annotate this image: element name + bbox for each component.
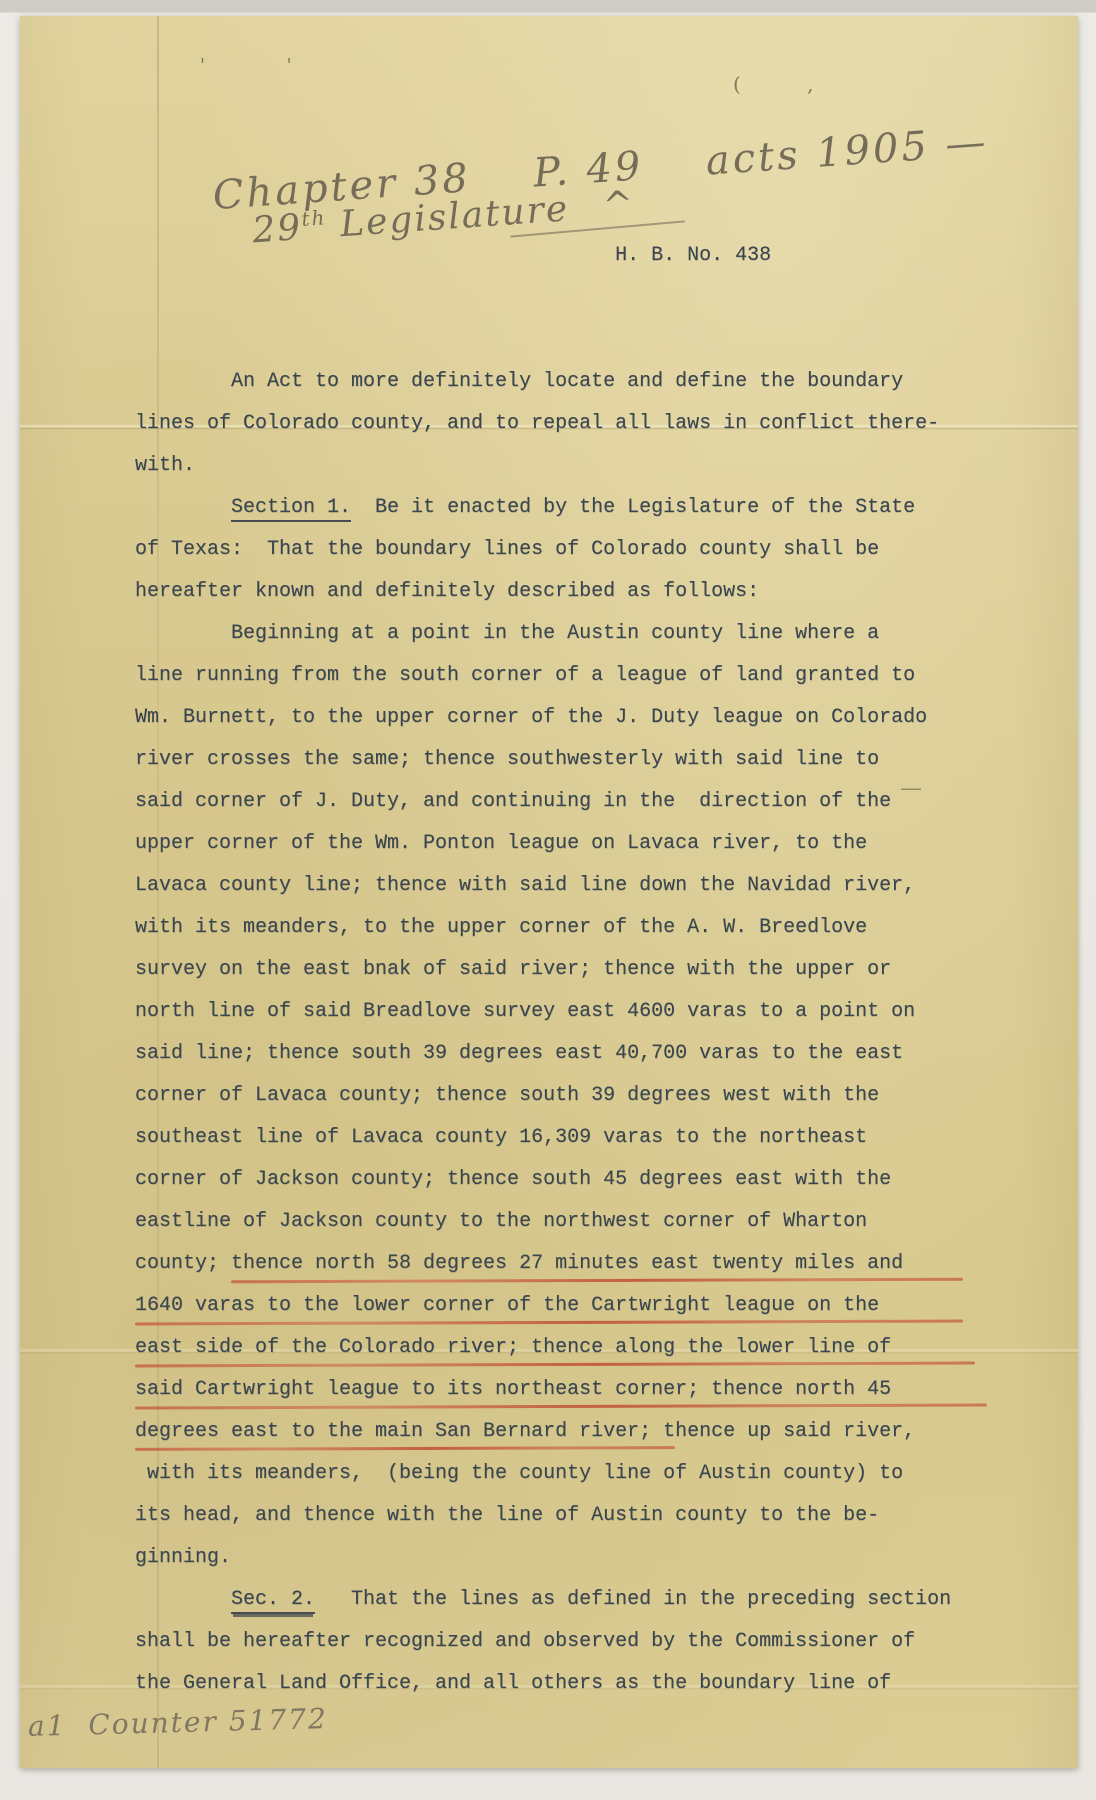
stray-pencil-marks-top-left: ' ' xyxy=(200,55,330,76)
caret-mark: ^ xyxy=(602,184,637,227)
typed-line: Lavaca county line; thence with said lin… xyxy=(135,865,951,907)
typed-line: corner of Lavaca county; thence south 39… xyxy=(135,1075,951,1117)
typed-line: river crosses the same; thence southwest… xyxy=(135,739,951,781)
typed-line: ginning. xyxy=(135,1537,951,1579)
typed-line: survey on the east bnak of said river; t… xyxy=(135,949,951,991)
typed-line: eastline of Jackson county to the northw… xyxy=(135,1201,951,1243)
typed-line: hereafter known and definitely described… xyxy=(135,571,951,613)
typed-line: of Texas: That the boundary lines of Col… xyxy=(135,529,951,571)
typed-line: east side of the Colorado river; thence … xyxy=(135,1327,951,1369)
red-underline-mark xyxy=(135,1362,975,1368)
ordinal-suffix: th xyxy=(301,206,327,231)
typed-line: said line; thence south 39 degrees east … xyxy=(135,1033,951,1075)
typed-line: with its meanders, (being the county lin… xyxy=(135,1453,951,1495)
typed-line: corner of Jackson county; thence south 4… xyxy=(135,1159,951,1201)
ink-underlined-text: Section 1. xyxy=(231,496,351,522)
typed-line: said Cartwright league to its northeast … xyxy=(135,1369,951,1411)
red-underline-mark xyxy=(135,1320,963,1326)
typed-text: H. B. No. 438 An Act to more definitely … xyxy=(135,235,951,1705)
typed-line: with. xyxy=(135,445,951,487)
typed-line xyxy=(135,277,951,319)
ink-underlined-text: Sec. 2. xyxy=(231,1588,315,1614)
typed-line: its head, and thence with the line of Au… xyxy=(135,1495,951,1537)
typed-line: with its meanders, to the upper corner o… xyxy=(135,907,951,949)
stray-pencil-marks-top-right: ( , xyxy=(733,72,844,96)
red-underline-mark xyxy=(135,1404,987,1410)
typed-line: said corner of J. Duty, and continuing i… xyxy=(135,781,951,823)
red-underline-mark xyxy=(231,1278,963,1284)
typed-line: 1640 varas to the lower corner of the Ca… xyxy=(135,1285,951,1327)
typed-line: lines of Colorado county, and to repeal … xyxy=(135,403,951,445)
red-underline-mark xyxy=(135,1446,675,1451)
typed-line: southeast line of Lavaca county 16,309 v… xyxy=(135,1117,951,1159)
typed-line: county; thence north 58 degrees 27 minut… xyxy=(135,1243,951,1285)
section-1-line: Section 1. Be it enacted by the Legislat… xyxy=(135,487,951,529)
typed-line: upper corner of the Wm. Ponton league on… xyxy=(135,823,951,865)
typed-line: shall be hereafter recognized and observ… xyxy=(135,1621,951,1663)
typed-line: the General Land Office, and all others … xyxy=(135,1663,951,1705)
typed-line: Beginning at a point in the Austin count… xyxy=(135,613,951,655)
typed-line: An Act to more definitely locate and def… xyxy=(135,361,951,403)
typed-line xyxy=(135,319,951,361)
typed-line: degrees east to the main San Bernard riv… xyxy=(135,1411,951,1453)
typed-line: north line of said Breadlove survey east… xyxy=(135,991,951,1033)
section-2-line: Sec. 2. That the lines as defined in the… xyxy=(135,1579,951,1621)
bill-number: H. B. No. 438 xyxy=(135,235,951,277)
typed-line: line running from the south corner of a … xyxy=(135,655,951,697)
typed-line: Wm. Burnett, to the upper corner of the … xyxy=(135,697,951,739)
